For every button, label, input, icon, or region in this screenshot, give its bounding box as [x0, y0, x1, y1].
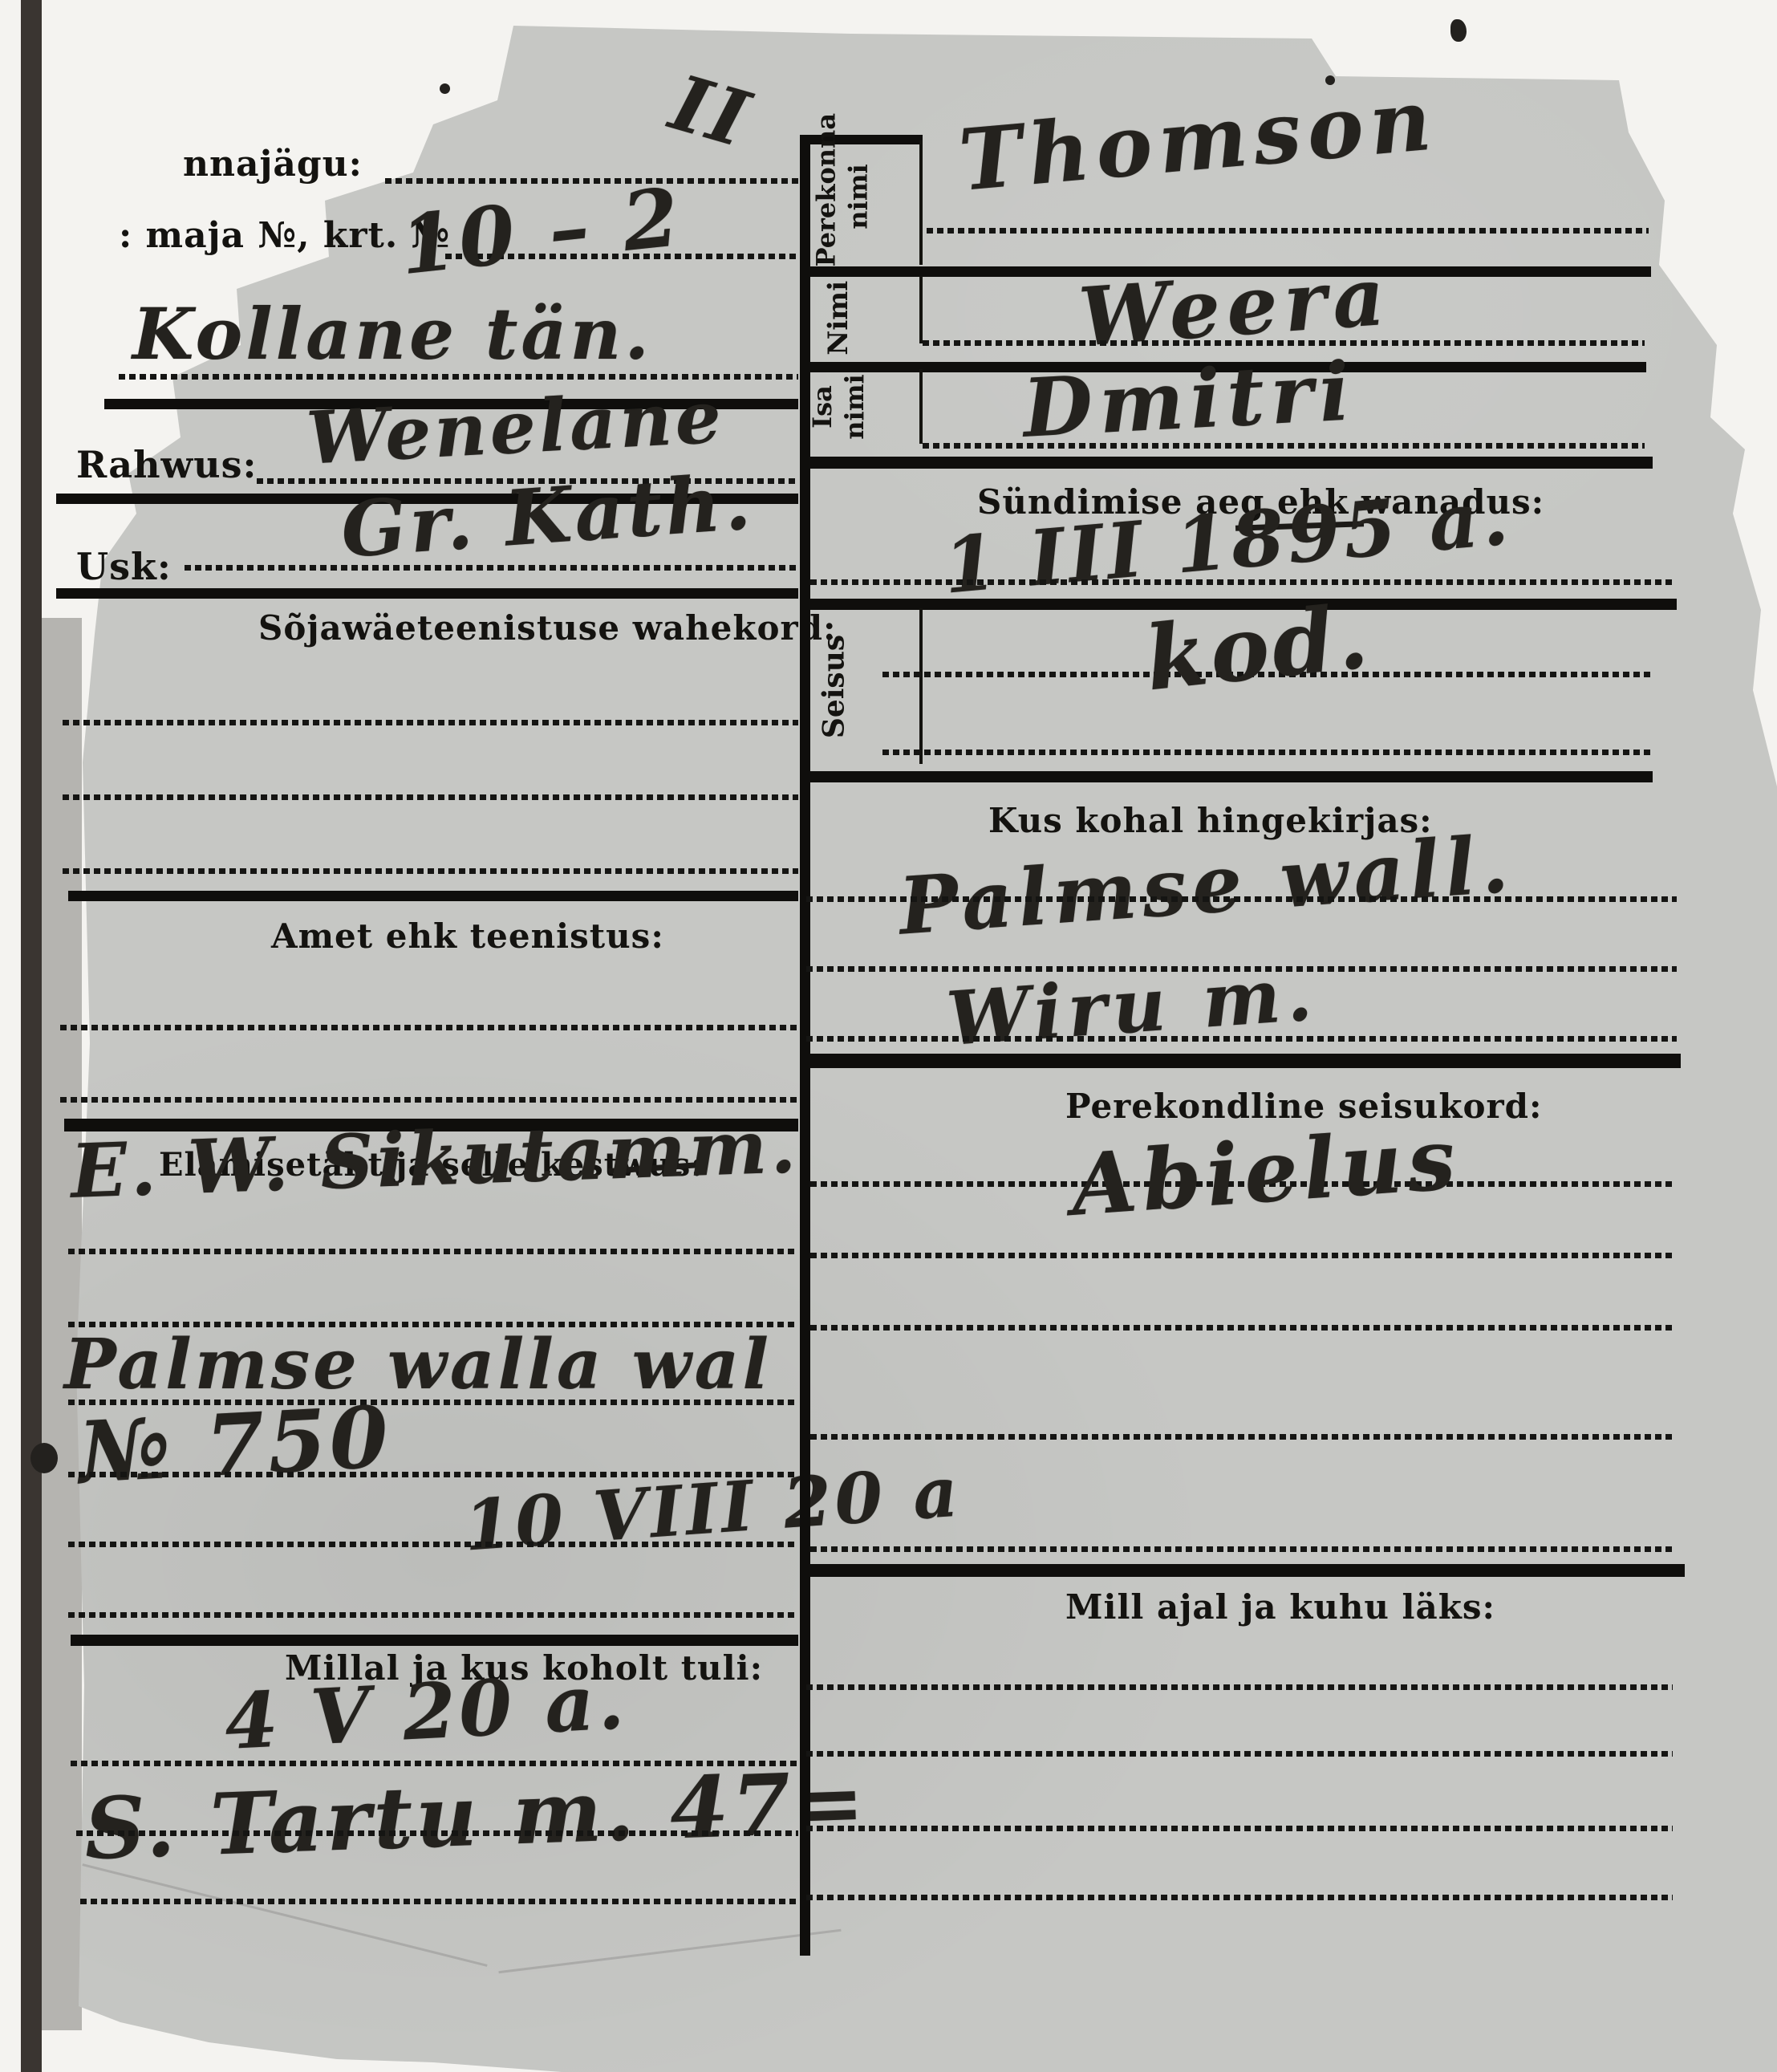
dotted-line — [63, 720, 798, 725]
dotted-line — [806, 1684, 1673, 1690]
dotted-line — [63, 868, 798, 874]
dotted-line — [60, 1025, 798, 1030]
dotted-line — [68, 1249, 798, 1254]
rule-vertical — [919, 140, 923, 265]
field-label-district: nnajägu: — [183, 147, 363, 182]
dotted-line — [810, 1253, 1673, 1258]
section-label-occupation: Amet ehk teenistus: — [271, 920, 664, 953]
field-value-family-status: Abielus — [1069, 1116, 1463, 1228]
dotted-line — [806, 896, 1677, 902]
dotted-line — [68, 1612, 798, 1618]
dust-speck — [440, 83, 450, 94]
ink-blot — [30, 1443, 58, 1473]
scan-edge-strip — [21, 0, 42, 2072]
dotted-line — [806, 1895, 1673, 1900]
dotted-line — [810, 1546, 1673, 1552]
field-value-residence-2: Palmse walla wal — [64, 1331, 772, 1400]
field-label-religion: Usk: — [76, 548, 172, 585]
field-value-father-name: Dmitri — [1021, 351, 1358, 449]
dotted-line — [68, 1542, 798, 1547]
dust-speck — [1450, 19, 1467, 42]
dotted-line — [923, 443, 1645, 449]
dotted-line — [806, 1826, 1673, 1831]
dotted-line — [60, 1097, 798, 1103]
dotted-line — [806, 1036, 1677, 1042]
field-label-family-name: Perekonna nimi — [810, 127, 874, 267]
rule-vertical — [919, 369, 923, 444]
rule — [802, 1564, 1685, 1577]
rule — [802, 1054, 1681, 1068]
dotted-line — [810, 1325, 1673, 1331]
dotted-line — [882, 750, 1653, 755]
rule — [71, 1635, 798, 1646]
dotted-line — [76, 1830, 798, 1836]
field-value-status: kod. — [1142, 592, 1375, 704]
field-value-nationality: Wenelane — [305, 380, 726, 474]
field-value-arrival-1: 4 V 20 a. — [223, 1664, 629, 1761]
rule — [56, 588, 798, 599]
rule-vertical — [919, 608, 923, 764]
rule — [68, 891, 798, 901]
dotted-line — [63, 794, 798, 800]
field-label-father-name: Isa nimi — [806, 359, 870, 455]
dotted-line — [810, 579, 1673, 585]
field-label-departure: Mill ajal ja kuhu läks: — [1065, 1591, 1495, 1624]
rule-vertical — [919, 276, 923, 343]
dotted-line — [806, 1751, 1673, 1757]
dotted-line — [927, 228, 1649, 234]
field-label-nationality: Rahwus: — [76, 446, 257, 483]
field-label-status: Seisus — [817, 619, 853, 755]
field-label-first-name: Nimi — [822, 270, 856, 366]
field-value-street: Kollane tän. — [132, 299, 652, 369]
rule — [802, 457, 1653, 469]
dotted-line — [80, 1899, 798, 1904]
dotted-line — [185, 565, 798, 571]
rule — [802, 771, 1653, 782]
field-value-arrival-2: S. Tartu m. 47= — [83, 1760, 868, 1871]
dotted-line — [923, 340, 1645, 346]
section-label-military-service: Sõjawäeteenistuse wahekord: — [258, 611, 837, 645]
scanned-registration-card: nnajägu: II : maja №, krt. № 10 – 2 Koll… — [0, 0, 1777, 2072]
field-value-residence-3: № 750 — [77, 1395, 394, 1495]
dotted-line — [810, 1434, 1673, 1440]
